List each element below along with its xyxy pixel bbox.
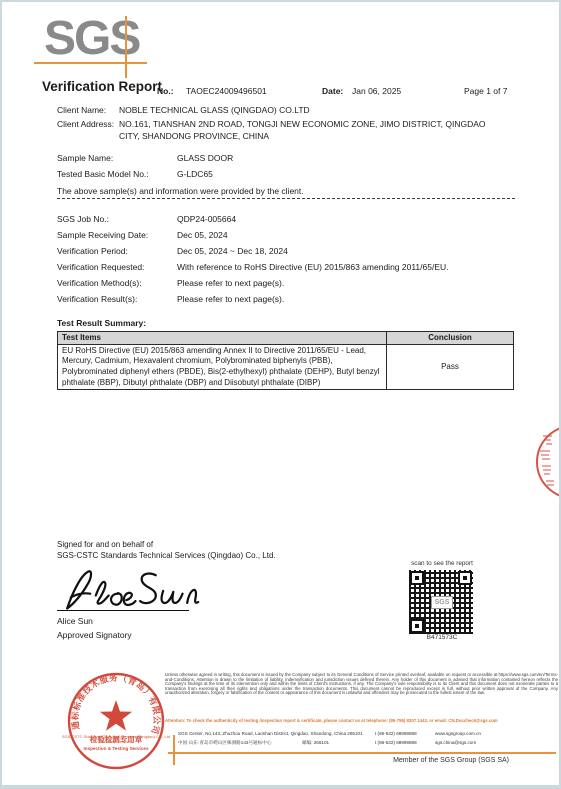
- table-row: EU RoHS Directive (EU) 2015/863 amending…: [58, 344, 514, 390]
- page-title: Verification Report: [42, 79, 162, 94]
- client-address-value: NO.161, TIANSHAN 2ND ROAD, TONGJI NEW EC…: [119, 118, 491, 142]
- website: www.sgsgroup.com.cn: [435, 731, 481, 736]
- sample-name-value: GLASS DOOR: [177, 153, 233, 163]
- signature-statement: Signed for and on behalf of SGS-CSTC Sta…: [57, 540, 276, 561]
- report-no-label: No.:: [157, 85, 174, 97]
- sample-name-row: Sample Name:GLASS DOOR: [57, 152, 233, 164]
- client-address-label: Client Address:: [57, 118, 119, 130]
- verification-period-value: Dec 05, 2024 ~ Dec 18, 2024: [177, 246, 288, 256]
- verification-result-row: Verification Result(s):Please refer to n…: [57, 293, 284, 305]
- seal-company-name-cont: Technical Services: [38, 740, 194, 745]
- client-address-row: Client Address:NO.161, TIANSHAN 2ND ROAD…: [57, 118, 491, 142]
- legal-disclaimer: Unless otherwise agreed in writing, this…: [165, 673, 558, 696]
- address-en: SGS Center, No.143, Zhuzhou Road, Laosha…: [178, 731, 363, 736]
- report-date-label: Date:: [322, 85, 343, 97]
- logo-crosshair-vertical: [125, 16, 127, 78]
- dashed-divider: [57, 198, 515, 199]
- receiving-date-row: Sample Receiving Date:Dec 05, 2024: [57, 229, 228, 241]
- telephone-2: t (86-532) 68999888: [375, 740, 417, 745]
- qr-finder-icon: [410, 571, 424, 585]
- verification-requested-label: Verification Requested:: [57, 261, 177, 273]
- signed-for-line: Signed for and on behalf of: [57, 540, 276, 551]
- verification-result-value: Please refer to next page(s).: [177, 294, 284, 304]
- company-line: SGS-CSTC Standards Technical Services (Q…: [57, 551, 276, 562]
- address-cn: 中国·山东·青岛市崂山区株洲路143号通标中心: [178, 740, 271, 746]
- verification-period-label: Verification Period:: [57, 245, 177, 257]
- seal-overlay-text: SGS-CSTC Standards Technical Services (Q…: [38, 735, 194, 745]
- signature-line: [57, 610, 189, 611]
- qr-caption: scan to see the report: [399, 560, 485, 567]
- col-conclusion: Conclusion: [387, 332, 514, 345]
- job-no-label: SGS Job No.:: [57, 213, 177, 225]
- receiving-date-label: Sample Receiving Date:: [57, 229, 177, 241]
- email: sgs.china@sgs.com: [435, 740, 476, 745]
- qr-code: SGS: [409, 570, 473, 634]
- sample-model-value: G-LDC65: [177, 169, 213, 179]
- test-item-cell: EU RoHS Directive (EU) 2015/863 amending…: [58, 344, 387, 390]
- verification-method-row: Verification Method(s):Please refer to n…: [57, 277, 284, 289]
- verification-requested-row: Verification Requested:With reference to…: [57, 261, 449, 273]
- partial-red-seal: [531, 423, 559, 503]
- verification-report-page: SGS Verification Report No.: TAOEC240094…: [0, 0, 561, 789]
- sample-model-label: Tested Basic Model No.:: [57, 168, 177, 180]
- qr-center-label: SGS: [431, 596, 453, 609]
- footer-accent-line-horizontal: [168, 752, 556, 754]
- conclusion-cell: Pass: [387, 344, 514, 390]
- signatory-name: Alice Sun: [57, 615, 93, 627]
- verification-method-label: Verification Method(s):: [57, 277, 177, 289]
- summary-heading: Test Result Summary:: [57, 318, 146, 328]
- verification-result-label: Verification Result(s):: [57, 293, 177, 305]
- client-name-label: Client Name:: [57, 104, 119, 116]
- telephone-1: t (86-532) 68999888: [375, 731, 417, 736]
- report-no-value: TAOEC24009496501: [186, 85, 267, 97]
- seal-star-icon: [100, 700, 132, 731]
- col-test-items: Test Items: [58, 332, 387, 345]
- qr-finder-icon: [410, 619, 424, 633]
- job-no-value: QDP24-005664: [177, 214, 236, 224]
- table-header-row: Test Items Conclusion: [58, 332, 514, 345]
- report-date-value: Jan 06, 2025: [352, 85, 401, 97]
- verification-method-value: Please refer to next page(s).: [177, 278, 284, 288]
- page-number: Page 1 of 7: [464, 85, 507, 97]
- attention-notice: Attention: To check the authenticity of …: [165, 719, 558, 724]
- sgs-group-member-text: Member of the SGS Group (SGS SA): [165, 757, 509, 764]
- summary-table: Test Items Conclusion EU RoHS Directive …: [57, 331, 514, 390]
- verification-requested-value: With reference to RoHS Directive (EU) 20…: [177, 262, 449, 272]
- logo-crosshair-horizontal: [34, 62, 147, 64]
- sample-note: The above sample(s) and information were…: [57, 185, 304, 197]
- svg-text:Inspection & Testing Services: Inspection & Testing Services: [83, 746, 148, 751]
- qr-finder-icon: [458, 571, 472, 585]
- job-no-row: SGS Job No.:QDP24-005664: [57, 213, 236, 225]
- client-name-row: Client Name:NOBLE TECHNICAL GLASS (QINGD…: [57, 104, 491, 116]
- sample-model-row: Tested Basic Model No.:G-LDC65: [57, 168, 213, 180]
- client-name-value: NOBLE TECHNICAL GLASS (QINGDAO) CO.LTD: [119, 104, 491, 116]
- receiving-date-value: Dec 05, 2024: [177, 230, 228, 240]
- qr-code-id: B471573C: [399, 634, 485, 641]
- sample-name-label: Sample Name:: [57, 152, 177, 164]
- signatory-title: Approved Signatory: [57, 629, 132, 641]
- postcode: 邮编: 266101: [302, 740, 329, 746]
- verification-period-row: Verification Period:Dec 05, 2024 ~ Dec 1…: [57, 245, 288, 257]
- company-seal: 通标标准技术服务（青岛）有限公司 检验检测专用章 Inspection & Te…: [60, 665, 172, 782]
